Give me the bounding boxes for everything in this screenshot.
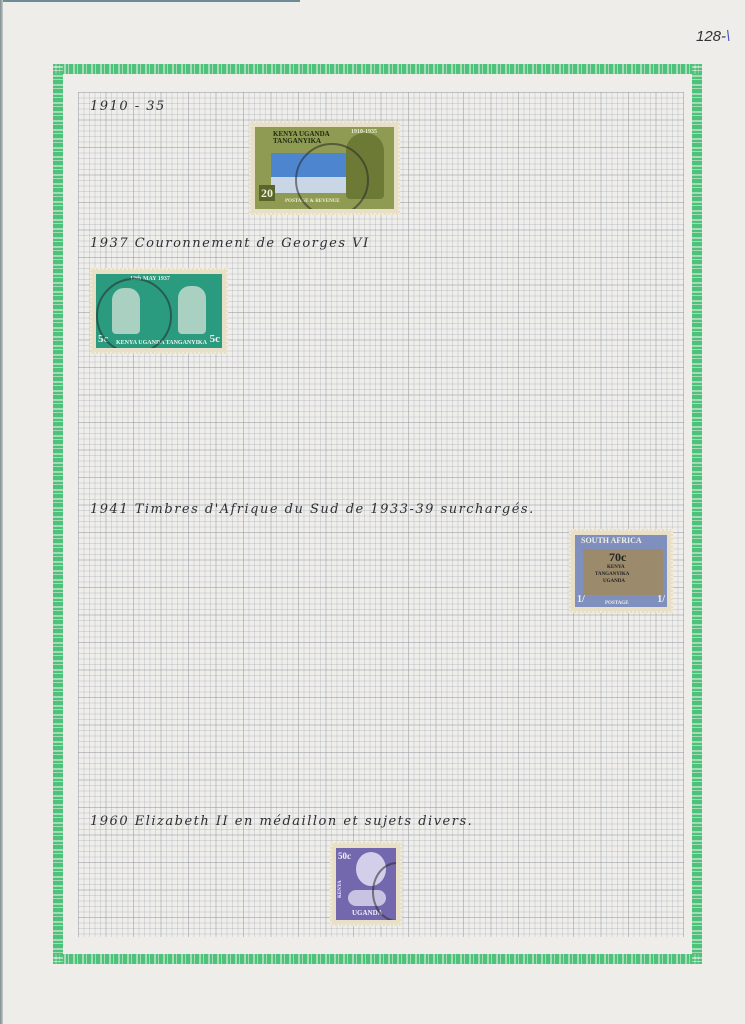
page-number-text: 128- (696, 28, 726, 45)
section-caption-1941: 1941 Timbres d'Afrique du Sud de 1933-39… (90, 502, 535, 517)
postmark-cancel (96, 278, 172, 348)
scan-left-edge (0, 0, 3, 1024)
stamp-overprint-line-1: KENYA (607, 565, 625, 570)
stamp-coronation-5c: 12th MAY 1937 5c 5c KENYA UGANDA TANGANY… (90, 268, 228, 354)
stamp-silver-jubilee-20c: KENYA UGANDA TANGANYIKA 1910-1935 20 POS… (249, 121, 400, 215)
scan-top-edge (0, 0, 300, 2)
stamp-south-africa-overprint-70c: SOUTH AFRICA 70c KENYA TANGANYIKA UGANDA… (569, 529, 673, 613)
stamp-value: 50c (338, 852, 351, 861)
page-number: 128-\ (696, 28, 730, 45)
section-caption-1960: 1960 Elizabeth II en médaillon et sujets… (90, 814, 473, 829)
stamp-left-text: KENYA (338, 880, 343, 898)
stamp-king-portrait (178, 286, 206, 334)
stamp-value-right: 5c (210, 334, 220, 345)
section-caption-1937: 1937 Couronnement de Georges VI (90, 236, 370, 251)
stamp-value: 20 (259, 185, 275, 201)
stamp-value-right: 1/ (657, 595, 665, 605)
stamp-value-left: 1/ (577, 595, 585, 605)
stamp-years-text: 1910-1935 (351, 129, 377, 135)
stamp-overprint-value: 70c (609, 551, 626, 563)
stamp-elizabeth-50c: 50c KENYA TANGANYIKA UGANDA (330, 842, 402, 926)
stamp-top-text: SOUTH AFRICA (581, 537, 642, 545)
page-number-mark: \ (726, 28, 730, 45)
stamp-overprint-line-2: TANGANYIKA (595, 572, 629, 577)
section-caption-1910-35: 1910 - 35 (90, 99, 166, 114)
stamp-bottom-text: POSTAGE (605, 601, 629, 606)
stamp-issuer-text: KENYA UGANDA TANGANYIKA (273, 131, 353, 145)
stamp-overprint-line-3: UGANDA (603, 579, 625, 584)
postmark-cancel (295, 143, 369, 209)
